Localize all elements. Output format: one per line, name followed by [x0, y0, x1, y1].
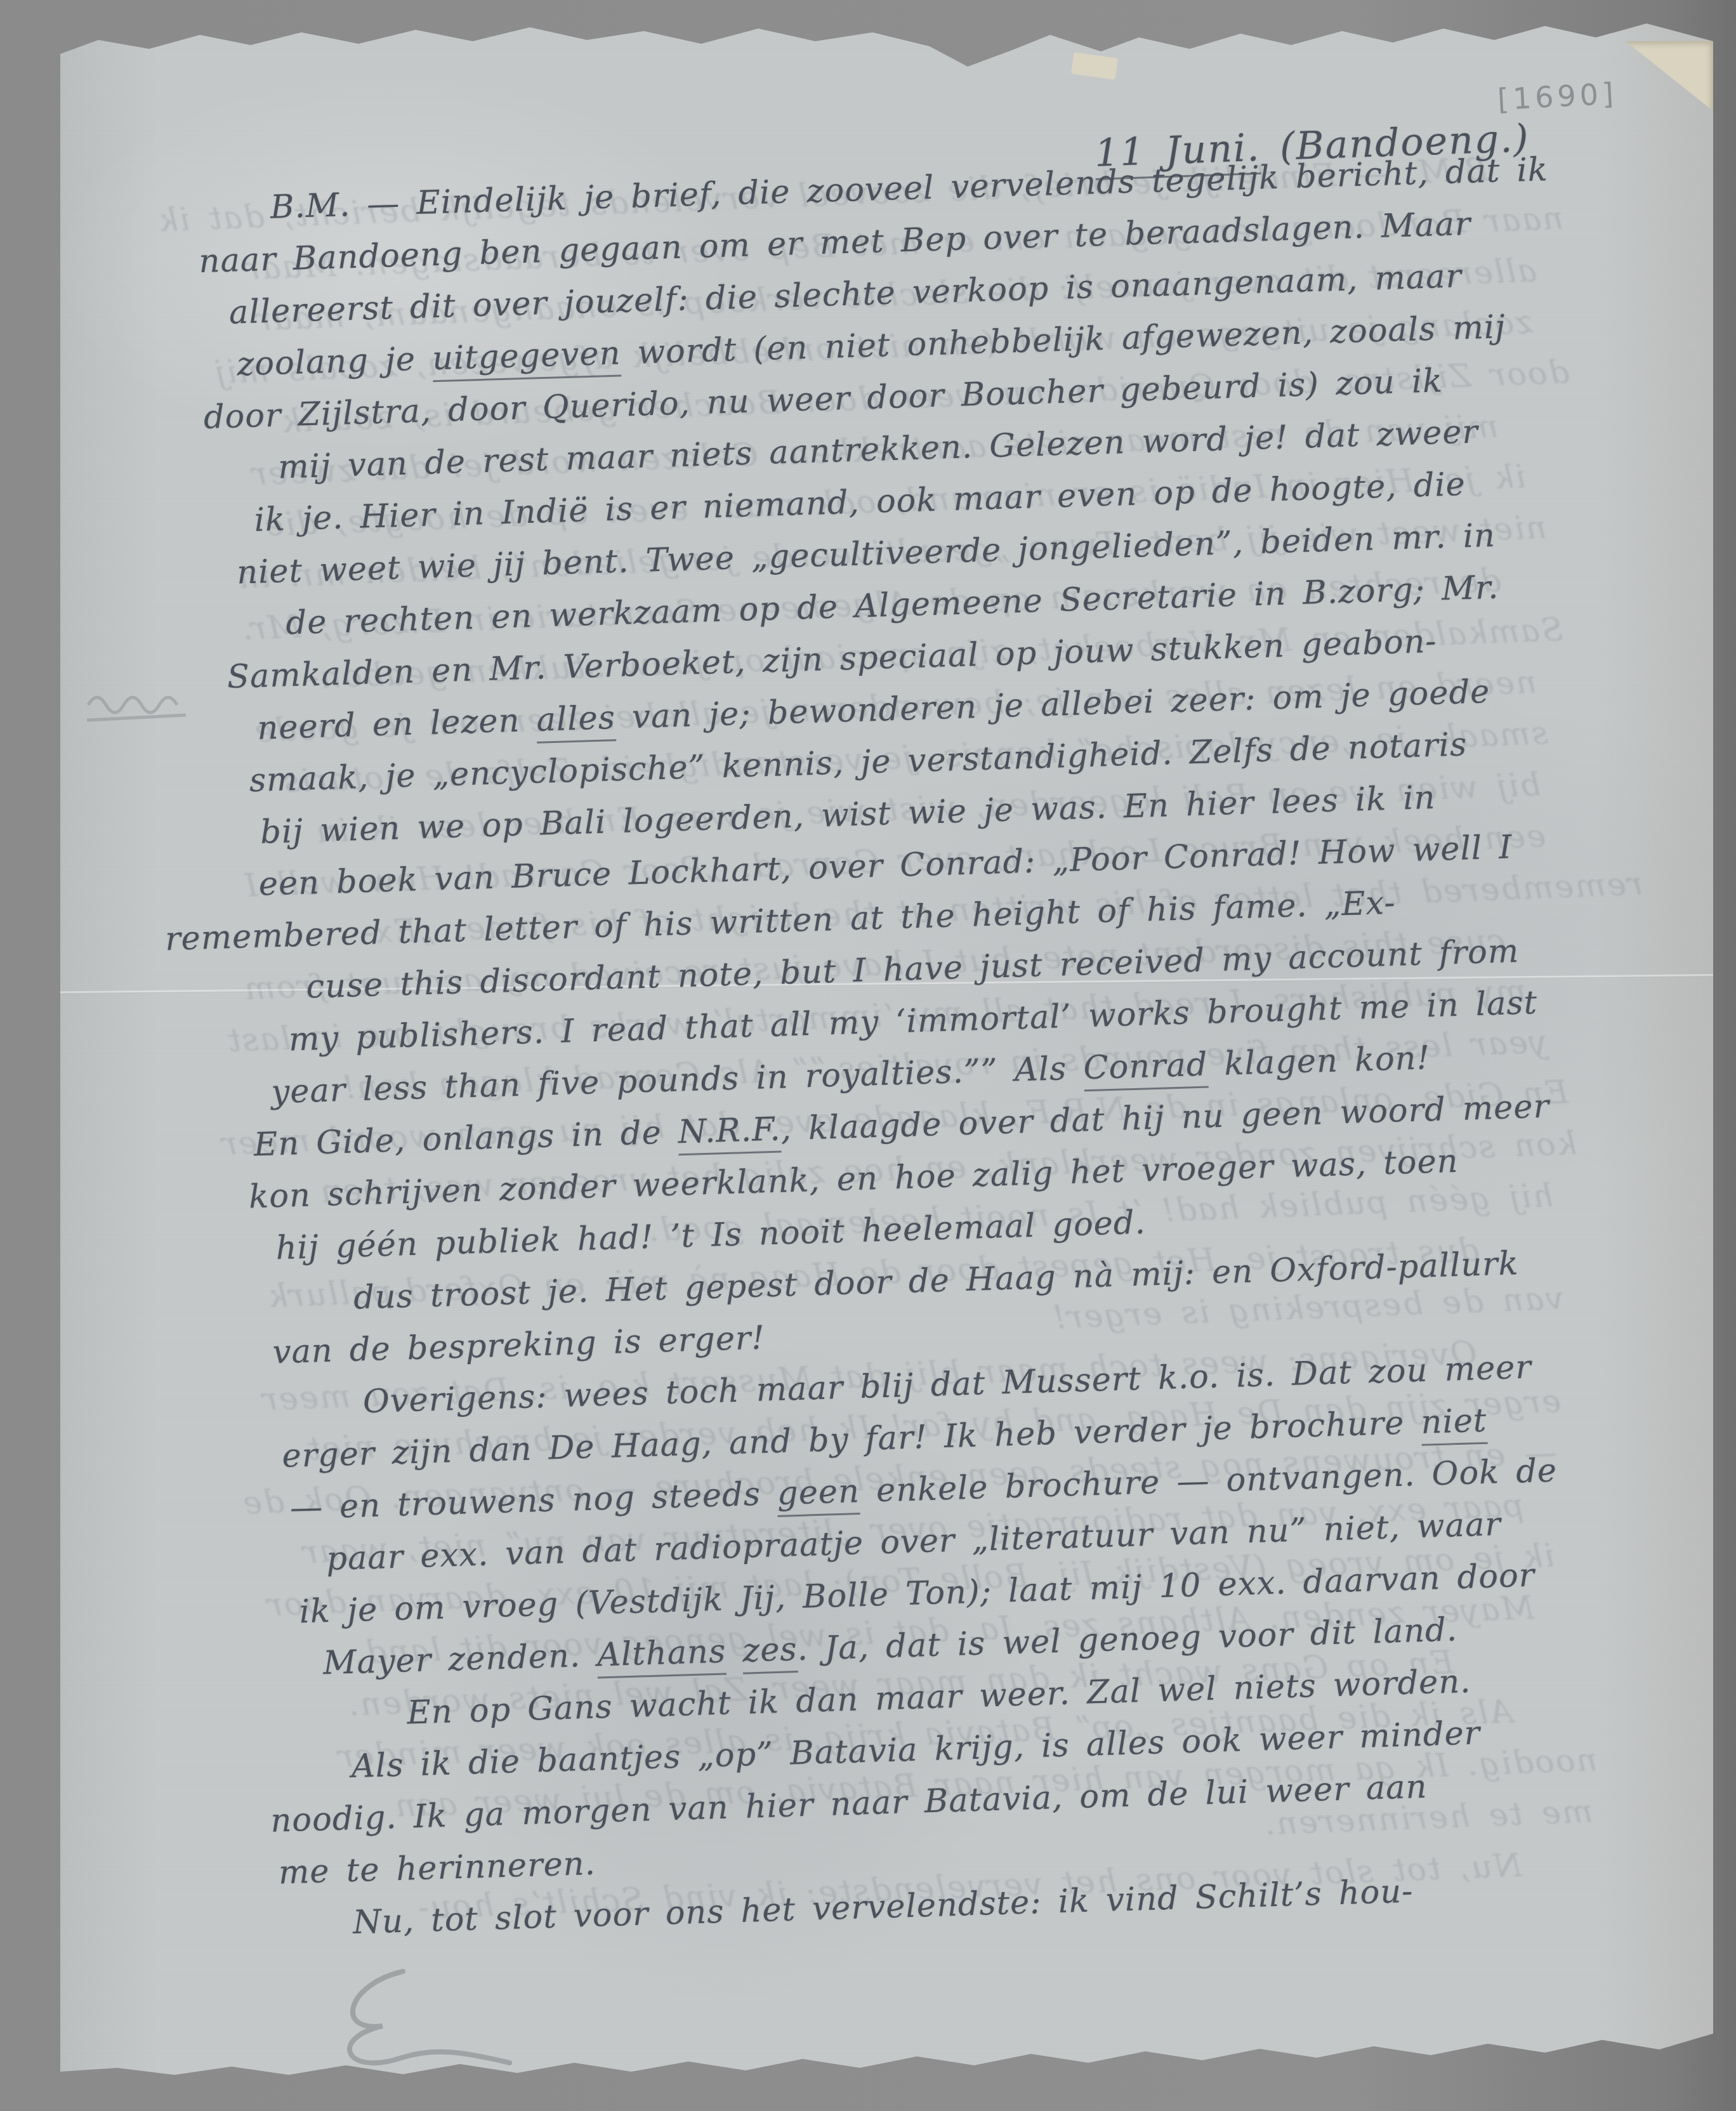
archive-number: [1690] [1497, 76, 1619, 117]
folded-corner [1618, 41, 1713, 111]
pencil-flourish-icon [308, 1957, 517, 2084]
letter-page: B.M. — Eindelijk je brief, die zooveel v… [60, 16, 1713, 2075]
scan-background: { "archive_number": "[1690]", "date_line… [0, 0, 1736, 2111]
torn-edge-chip [1071, 52, 1118, 79]
letter-body: B.M. — Eindelijk je brief, die zooveel v… [136, 141, 1711, 1954]
margin-scribble-icon [84, 683, 218, 734]
